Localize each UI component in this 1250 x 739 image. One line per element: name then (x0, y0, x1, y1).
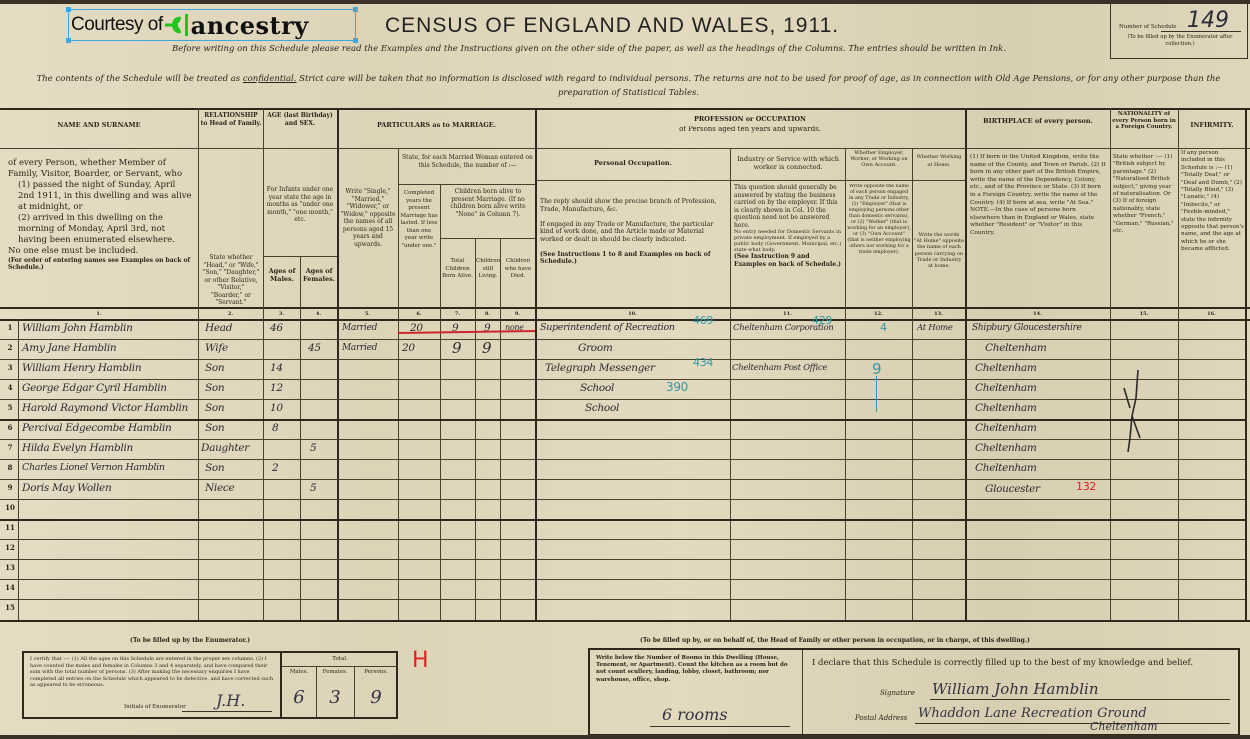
rule (1178, 108, 1179, 620)
row-rule (0, 579, 1245, 580)
col-name-desc-d: No one else must be included. (8, 246, 193, 257)
ancestry-watermark[interactable]: Courtesy of ancestry (68, 9, 356, 41)
col-birthplace-desc: (1) If born in the United Kingdom, write… (970, 154, 1107, 238)
col-personal-desc-c: (See Instructions 1 to 8 and Examples on… (540, 251, 726, 266)
col-number: 16. (1178, 311, 1245, 317)
working-at-home: At Home (917, 323, 953, 333)
col-name-desc-b: (1) passed the night of Sunday, April 2n… (8, 180, 193, 213)
col-marriage-title: PARTICULARS as to MARRIAGE. (340, 122, 533, 130)
selection-handle[interactable] (66, 7, 71, 12)
scan-edge-bottom (0, 735, 1250, 739)
address-line-2: Cheltenham (1090, 720, 1158, 733)
person-relationship: Daughter (201, 442, 249, 454)
col-number: 5. (337, 311, 398, 317)
col-personal-desc: The reply should show the precise branch… (540, 198, 726, 266)
row-rule (0, 559, 1245, 560)
row-number: 2 (3, 343, 17, 352)
col-number: 4. (300, 311, 337, 317)
col-marriage-children: Children born alive to present Marriage.… (443, 188, 533, 218)
person-relationship: Head (205, 322, 232, 334)
person-occupation: Superintendent of Recreation (540, 322, 675, 333)
col-infirmity-title: INFIRMITY. (1180, 122, 1244, 130)
person-occupation: School (580, 382, 614, 394)
col-occupation-title: PROFESSION or OCCUPATION (540, 116, 960, 124)
row-number: 11 (3, 523, 17, 532)
row-number: 1 (3, 323, 17, 332)
initials-label: Initials of Enumerator (124, 704, 186, 710)
col-name-desc-a: of every Person, whether Member of Famil… (8, 158, 193, 180)
schedule-number-label: Number of Schedule (1119, 24, 1177, 30)
rule (0, 148, 1250, 149)
row-rule (0, 339, 1245, 340)
person-age-male: 46 (270, 322, 283, 334)
females-label: Females. (316, 669, 354, 675)
males-label: Males. (282, 669, 316, 675)
address-line-1: Whaddon Lane Recreation Ground (918, 706, 1147, 721)
col-number: 9. (500, 311, 535, 317)
row-rule (0, 399, 1245, 400)
declaration-text: I declare that this Schedule is correctl… (812, 658, 1193, 668)
col-number: 12. (845, 311, 912, 317)
occupation-code: 434 (693, 356, 713, 369)
person-birthplace: Cheltenham (975, 362, 1037, 374)
males-total: 6 (282, 687, 316, 708)
row-number: 4 (3, 383, 17, 392)
children-total: 9 (452, 339, 461, 357)
birthplace-code: 132 (1076, 480, 1096, 493)
person-age-male: 10 (270, 402, 283, 414)
person-birthplace: Cheltenham (975, 442, 1037, 454)
person-name: Harold Raymond Victor Hamblin (22, 402, 188, 414)
col-married-woman: State, for each Married Woman entered on… (402, 154, 533, 169)
col-relationship-desc: State whether "Head," or "Wife," "Son," … (201, 254, 261, 307)
col-at-home-desc: Write the words "At Home" opposite the n… (914, 232, 964, 269)
col-relationship-title: RELATIONSHIP to Head of Family. (200, 112, 262, 127)
person-name: William John Hamblin (22, 322, 133, 334)
enumerator-initials: J.H. (216, 691, 245, 710)
person-birthplace: Cheltenham (975, 462, 1037, 474)
person-relationship: Son (205, 422, 224, 434)
col-industry-desc-c: (See Instruction 9 and Examples on back … (734, 253, 842, 268)
rule (730, 148, 731, 620)
rule (965, 108, 967, 620)
row-number: 3 (3, 363, 17, 372)
rule (475, 238, 476, 620)
person-name: Amy Jane Hamblin (22, 342, 116, 354)
person-occupation: Groom (578, 342, 613, 354)
selection-handle[interactable] (353, 38, 358, 43)
col-marriage-condition: Write "Single," "Married," "Widower," or… (340, 188, 396, 248)
confidential-word: confidential. (243, 74, 297, 84)
rule (440, 184, 441, 620)
selection-handle[interactable] (66, 38, 71, 43)
courtesy-text: Courtesy of (71, 14, 163, 36)
confidential-text-a: The contents of the Schedule will be tre… (37, 74, 241, 84)
census-schedule: Courtesy of ancestry CENSUS OF ENGLAND A… (0, 0, 1250, 739)
householder-heading: (To be filled up by, or on behalf of, th… (640, 637, 1030, 644)
person-relationship: Son (205, 462, 224, 474)
census-table: NAME AND SURNAME of every Person, whethe… (0, 108, 1250, 628)
person-name: George Edgar Cyril Hamblin (22, 382, 167, 394)
initials-rule (182, 711, 272, 712)
person-age-male: 12 (270, 382, 283, 394)
col-occupation-subtitle: of Persons aged ten years and upwards. (540, 126, 960, 134)
col-industry-desc: This question should generally be answer… (734, 184, 842, 268)
totals-table: Total. Males. Females. Persons. 6 3 9 (280, 653, 398, 717)
person-birthplace: Gloucester (985, 483, 1040, 495)
col-number: 13. (912, 311, 965, 317)
row-rule (0, 620, 1250, 622)
person-condition: Married (342, 323, 377, 333)
person-birthplace: Cheltenham (975, 402, 1037, 414)
rule (0, 307, 1250, 309)
address-label: Postal Address (855, 714, 907, 722)
rooms-instruction: Write below the Number of Rooms in this … (596, 655, 796, 684)
rule (845, 148, 846, 620)
row-rule (0, 539, 1245, 540)
females-total: 3 (316, 687, 354, 708)
address-rule (915, 723, 1230, 724)
col-children-died: Children who have Died. (502, 258, 534, 281)
rule (0, 319, 1250, 321)
person-age-male: 8 (272, 422, 278, 434)
rule (535, 180, 965, 181)
row-rule (0, 479, 1245, 480)
col-children-total: Total Children Born Alive. (441, 258, 474, 281)
enumerator-certification: I certify that :— (1) All the ages on th… (30, 656, 275, 689)
marriage-years: 20 (402, 342, 415, 354)
col-personal-occupation: Personal Occupation. (540, 160, 726, 168)
person-birthplace: Cheltenham (975, 382, 1037, 394)
col-number: 14. (965, 311, 1110, 317)
col-age-females: Ages of Females. (302, 268, 336, 283)
red-h-mark: H (412, 648, 429, 673)
rule (1110, 108, 1111, 620)
ancestry-brand: ancestry (191, 11, 309, 40)
schedule-number: 149 (1187, 8, 1229, 33)
row-number: 12 (3, 543, 17, 552)
row-rule (0, 519, 1245, 521)
row-rule (0, 359, 1245, 360)
row-number: 6 (3, 423, 17, 432)
col-employer: Whether Employer, Worker, or Working on … (847, 150, 911, 168)
confidential-text-b: Strict care will be taken that no inform… (299, 74, 1220, 98)
row-number: 7 (3, 443, 17, 452)
enumerator-box: I certify that :— (1) All the ages on th… (22, 651, 398, 719)
rule (18, 319, 19, 620)
schedule-number-box: Number of Schedule 149 (To be filled up … (1110, 4, 1248, 59)
col-employer-desc: Write opposite the name of each person e… (847, 184, 911, 256)
col-number: 7. (440, 311, 475, 317)
rooms-count: 6 rooms (662, 705, 728, 724)
person-age-male: 2 (272, 462, 278, 474)
ancestry-leaf-icon (164, 13, 190, 37)
person-industry: Cheltenham Post Office (732, 363, 827, 373)
selection-handle[interactable] (353, 7, 358, 12)
rule (337, 108, 339, 620)
occupation-code: 469 (693, 314, 713, 327)
col-industry-desc-b: No entry needed for Domestic Servants in… (734, 229, 842, 253)
rooms-rule (650, 726, 790, 727)
row-number: 8 (3, 463, 17, 472)
col-number: 1. (0, 311, 198, 317)
row-number: 9 (3, 483, 17, 492)
industry-code: 429 (812, 314, 832, 327)
person-name: Percival Edgecombe Hamblin (22, 422, 171, 434)
rule (198, 108, 199, 620)
person-age-male: 14 (270, 362, 283, 374)
col-industry: Industry or Service with which worker is… (734, 156, 842, 171)
schedule-number-note: (To be filled up by the Enumerator after… (1117, 34, 1243, 48)
col-age-title: AGE (last Birthday) and SEX. (265, 112, 335, 127)
children-living: 9 (482, 339, 491, 357)
blue-ditto-line (876, 376, 877, 412)
col-age-males: Ages of Males. (265, 268, 299, 283)
person-birthplace: Shipbury Gloucestershire (972, 323, 1082, 333)
person-birthplace: Cheltenham (975, 422, 1037, 434)
col-name-desc-c: (2) arrived in this dwelling on the morn… (8, 213, 193, 246)
col-number: 15. (1110, 311, 1178, 317)
enumerator-heading: (To be filled up by the Enumerator.) (130, 637, 250, 644)
person-age-female: 5 (310, 482, 316, 494)
rule (802, 650, 803, 734)
col-number: 3. (263, 311, 300, 317)
col-number: 8. (475, 311, 500, 317)
col-birthplace-title: BIRTHPLACE of every person. (968, 118, 1108, 126)
col-at-home: Whether Working at Home. (914, 154, 964, 169)
col-age-desc: For Infants under one year state the age… (265, 186, 335, 224)
rule (0, 108, 1250, 110)
col-industry-desc-a: This question should generally be answer… (734, 184, 842, 229)
col-number: 2. (198, 311, 263, 317)
person-condition: Married (342, 343, 377, 353)
col-nationality-desc: State whether :— (1) "British subject by… (1113, 154, 1176, 235)
rule (1245, 108, 1247, 620)
col-personal-desc-a: The reply should show the precise branch… (540, 198, 726, 213)
rule (500, 238, 501, 620)
col-marriage-years: Completed years the present Marriage has… (400, 190, 438, 250)
col-children-living: Children still Living. (476, 258, 500, 281)
instruction-confidential: The contents of the Schedule will be tre… (16, 72, 1241, 100)
scan-edge-top (0, 0, 1250, 4)
col-name-title: NAME AND SURNAME (0, 122, 198, 130)
person-birthplace: Cheltenham (985, 342, 1047, 354)
col-name-desc: of every Person, whether Member of Famil… (8, 158, 193, 271)
person-occupation: School (585, 402, 619, 414)
row-number: 14 (3, 583, 17, 592)
signature-rule (930, 699, 1230, 700)
col-name-desc-e: (For order of entering names see Example… (8, 257, 193, 271)
total-label: Total. (282, 653, 398, 667)
person-name: Hilda Evelyn Hamblin (22, 442, 133, 454)
col-nationality-title: NATIONALITY of every Person born in a Fo… (1112, 111, 1176, 131)
householder-signature: William John Hamblin (932, 680, 1099, 698)
rule (912, 148, 913, 620)
page-title: CENSUS OF ENGLAND AND WALES, 1911. (385, 14, 839, 38)
rule (535, 108, 537, 620)
row-number: 13 (3, 563, 17, 572)
row-rule (0, 599, 1245, 600)
instruction-ink: Before writing on this Schedule please r… (172, 44, 1072, 54)
row-number: 10 (3, 503, 17, 512)
row-rule (0, 459, 1245, 460)
row-rule (0, 379, 1245, 380)
person-relationship: Son (205, 382, 224, 394)
row-number: 15 (3, 603, 17, 612)
person-age-female: 45 (308, 342, 321, 354)
person-occupation: Telegraph Messenger (545, 362, 655, 374)
person-relationship: Niece (205, 482, 234, 494)
persons-label: Persons. (354, 669, 398, 675)
row-rule (0, 419, 1245, 421)
signature-label: Signature (880, 689, 915, 697)
householder-box: Write below the Number of Rooms in this … (588, 648, 1240, 736)
nationality-tick-mark (1120, 368, 1150, 458)
person-name: Charles Lionel Vernon Hamblin (22, 462, 165, 473)
occupation-code: 390 (666, 380, 688, 394)
col-infirmity-desc: If any person included in this Schedule … (1181, 150, 1244, 254)
rule (398, 148, 399, 620)
row-number: 5 (3, 403, 17, 412)
person-age-female: 5 (310, 442, 316, 454)
rule (263, 108, 264, 620)
employer-status: 4 (880, 321, 887, 334)
person-name: Doris May Wollen (22, 482, 111, 494)
person-relationship: Son (205, 362, 224, 374)
col-number: 6. (398, 311, 440, 317)
persons-total: 9 (354, 687, 398, 708)
rule (398, 184, 535, 185)
col-personal-desc-b: If engaged in any Trade or Manufacture, … (540, 221, 726, 244)
person-relationship: Wife (205, 342, 228, 354)
person-name: William Henry Hamblin (22, 362, 141, 374)
row-rule (0, 439, 1245, 440)
person-relationship: Son (205, 402, 224, 414)
row-rule (0, 499, 1245, 500)
rule (440, 238, 535, 239)
